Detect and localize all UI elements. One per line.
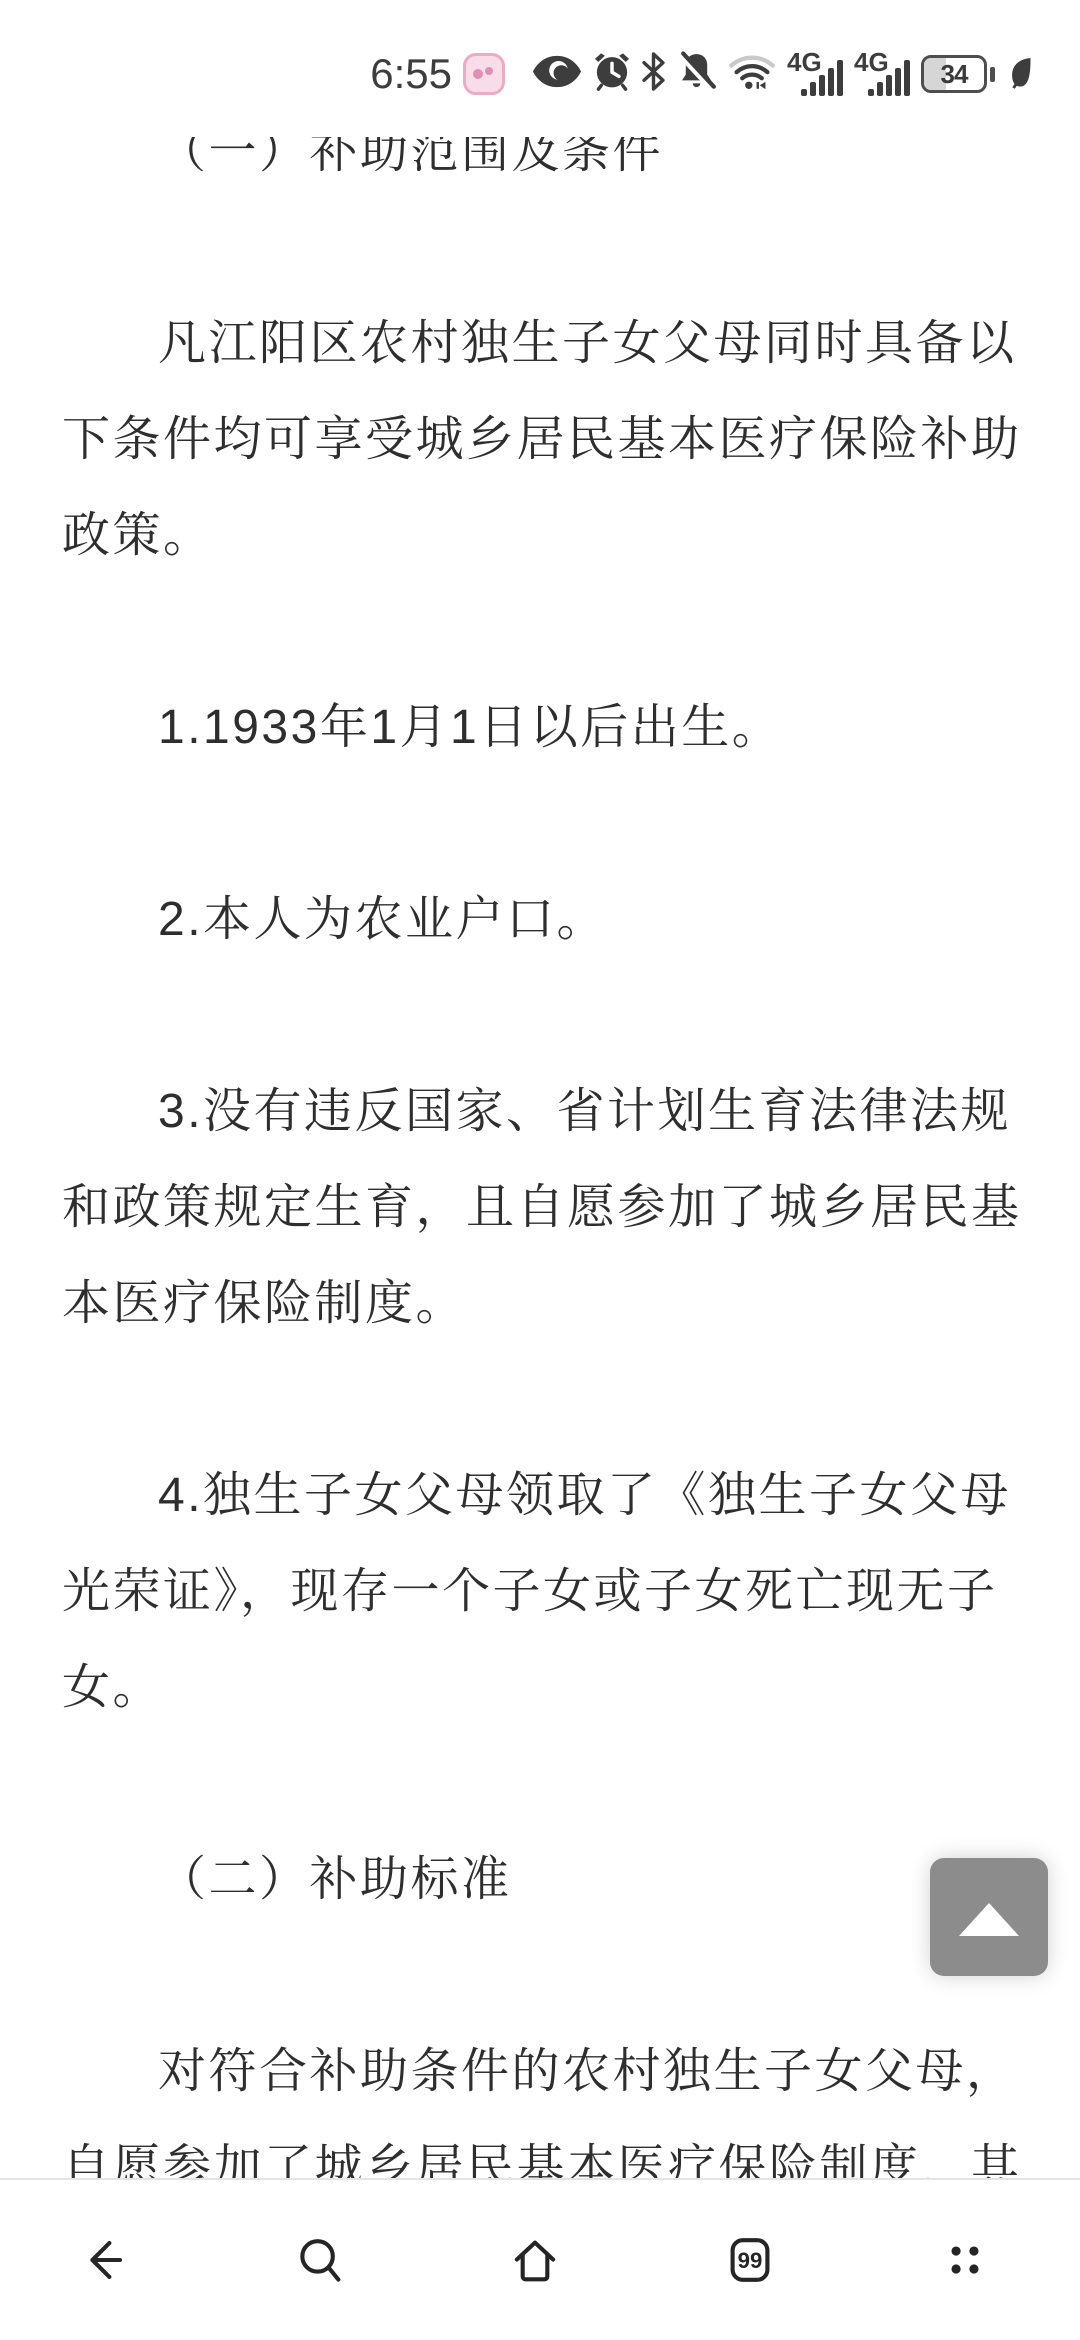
bluetooth-icon (642, 52, 665, 96)
scroll-to-top-button[interactable] (930, 1858, 1048, 1976)
condition-item-4: 4.独生子女父母领取了《独生子女父母光荣证》，现存一个子女或子女死亡现无子女。 (62, 1448, 1024, 1736)
intro-paragraph: 凡江阳区农村独生子女父母同时具备以下条件均可享受城乡居民基本医疗保险补助政策。 (62, 296, 1024, 584)
status-bar: 6:55 (0, 0, 1080, 137)
tab-count-icon: 99 (721, 2231, 779, 2289)
notification-badge-icon (463, 53, 505, 95)
menu-button[interactable] (934, 2229, 996, 2291)
condition-item-3: 3.没有违反国家、省计划生育法律法规和政策规定生育，且自愿参加了城乡居民基本医疗… (62, 1064, 1024, 1352)
battery-icon: 34 (921, 55, 995, 93)
battery-level-text: 34 (941, 59, 968, 90)
signal-4g-icon-1: 4G (787, 52, 843, 96)
clock-text: 6:55 (370, 52, 452, 96)
tabs-button[interactable]: 99 (719, 2229, 781, 2291)
signal-4g-icon-2: 4G (854, 52, 910, 96)
leaf-power-save-icon (1006, 55, 1034, 94)
tab-count-text: 99 (738, 2248, 763, 2273)
back-arrow-icon (76, 2231, 134, 2289)
search-icon (291, 2231, 349, 2289)
menu-dots-icon (936, 2231, 994, 2289)
arrow-up-icon (959, 1903, 1019, 1936)
condition-item-1: 1.1933年1月1日以后出生。 (62, 680, 1024, 776)
wifi-icon (728, 52, 776, 96)
alarm-icon (593, 51, 631, 97)
battery-nub (990, 67, 995, 82)
search-button[interactable] (289, 2229, 351, 2291)
bell-muted-icon (676, 51, 717, 97)
home-icon (506, 2231, 564, 2289)
section-2-heading: （二）补助标准 (62, 1832, 1024, 1928)
condition-item-2: 2.本人为农业户口。 (62, 872, 1024, 968)
home-button[interactable] (504, 2229, 566, 2291)
browser-nav-bar: 99 (0, 2178, 1080, 2340)
browser-page: （一）补助范围及条件 凡江阳区农村独生子女父母同时具备以下条件均可享受城乡居民基… (0, 0, 1080, 2340)
back-button[interactable] (74, 2229, 136, 2291)
eye-protection-icon (532, 54, 582, 94)
article-body: （一）补助范围及条件 凡江阳区农村独生子女父母同时具备以下条件均可享受城乡居民基… (62, 104, 1024, 2312)
status-icon-cluster: 6:55 (370, 52, 1034, 96)
